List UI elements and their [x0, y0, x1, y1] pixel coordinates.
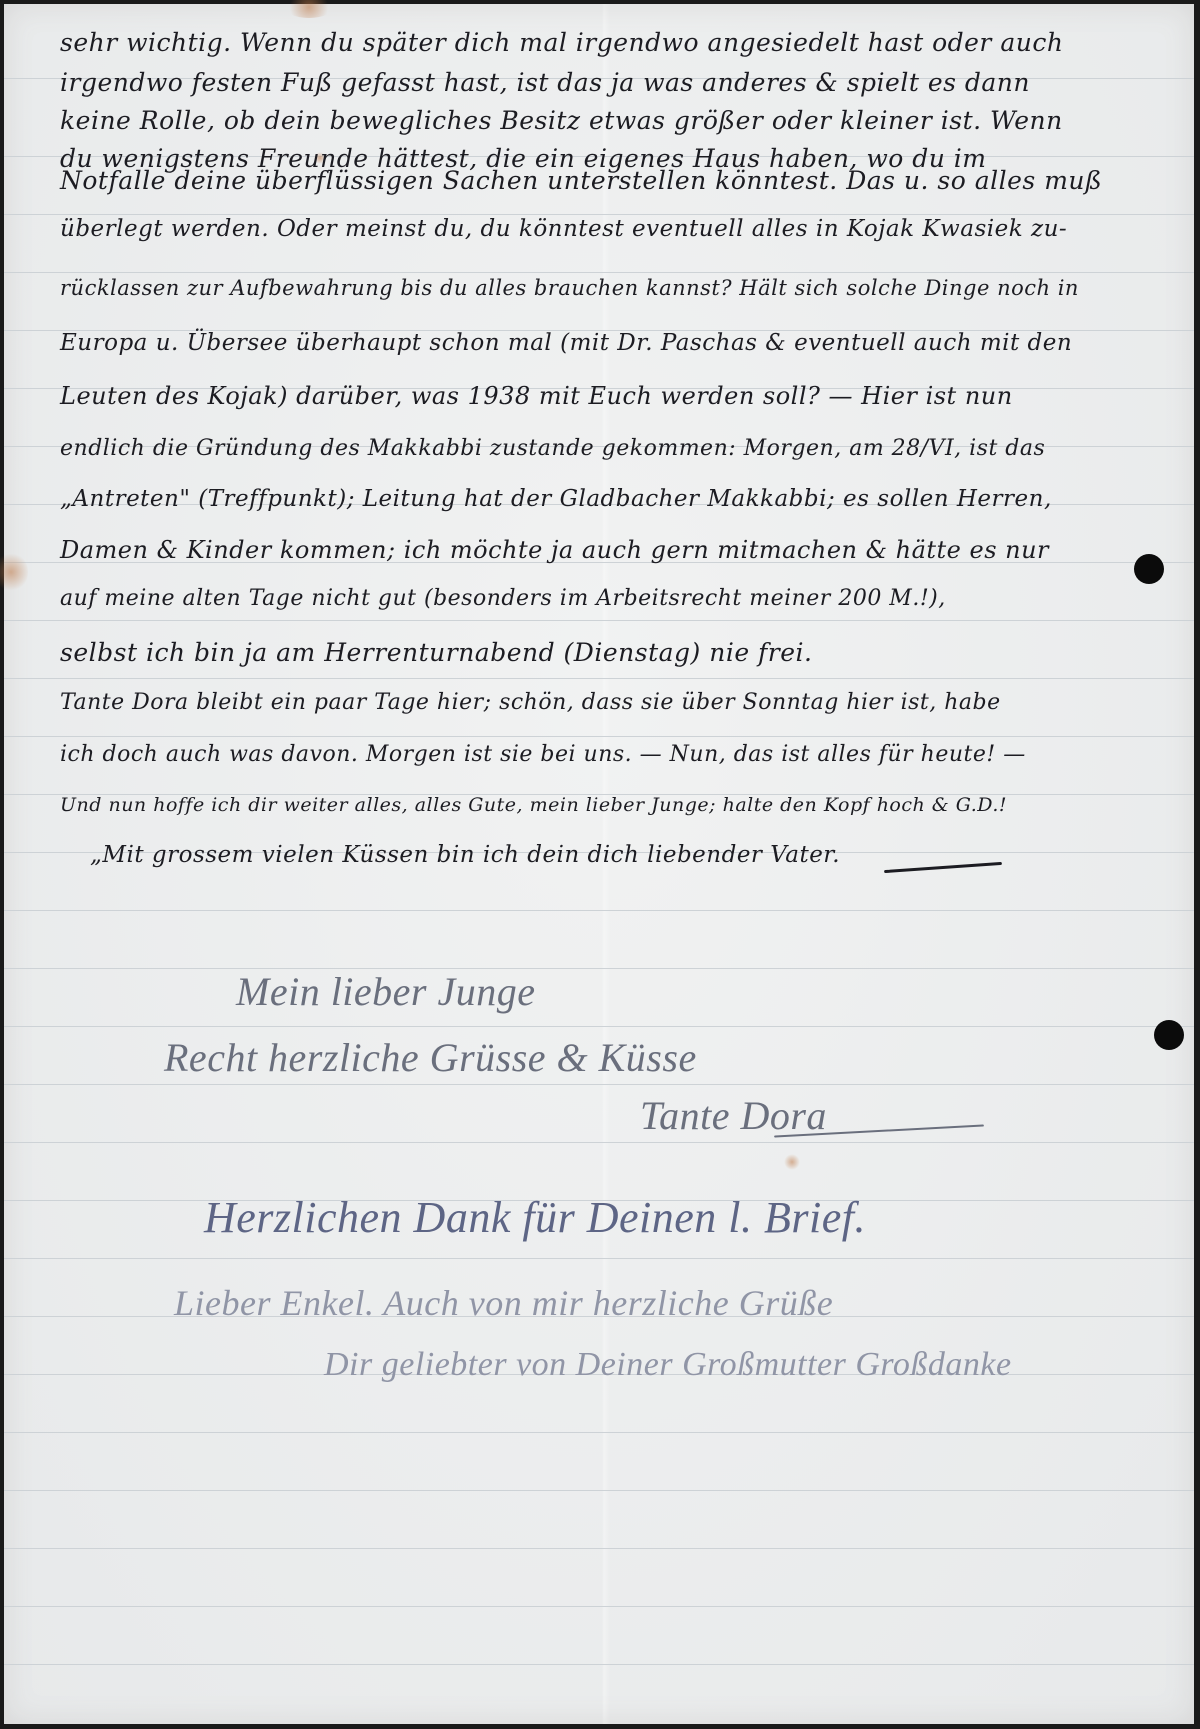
- letter-line: Notfalle deine überflüssigen Sachen unte…: [60, 166, 1102, 195]
- ruled-line: [4, 1142, 1194, 1143]
- letter-line: selbst ich bin ja am Herrenturnabend (Di…: [60, 638, 813, 667]
- ruled-line: [4, 736, 1194, 737]
- signature-flourish: [884, 862, 1002, 873]
- letter-line: Und nun hoffe ich dir weiter alles, alle…: [60, 794, 1007, 816]
- ruled-line: [4, 1606, 1194, 1607]
- ruled-line: [4, 910, 1194, 911]
- letter-line-closing: „Mit grossem vielen Küssen bin ich dein …: [90, 842, 840, 868]
- letter-line: auf meine alten Tage nicht gut (besonder…: [60, 586, 946, 611]
- letter-line: überlegt werden. Oder meinst du, du könn…: [60, 216, 1067, 242]
- ruled-line: [4, 272, 1194, 273]
- letter-line: Tante Dora bleibt ein paar Tage hier; sc…: [60, 690, 1001, 715]
- punch-hole: [1154, 1020, 1184, 1050]
- punch-hole: [1134, 554, 1164, 584]
- ruled-line: [4, 620, 1194, 621]
- ruled-line: [4, 968, 1194, 969]
- letter-line: irgendwo festen Fuß gefasst hast, ist da…: [60, 68, 1030, 97]
- letter-line: „Antreten" (Treffpunkt); Leitung hat der…: [60, 486, 1052, 512]
- letter-line: rücklassen zur Aufbewahrung bis du alles…: [60, 276, 1079, 300]
- letter-line: Europa u. Übersee überhaupt schon mal (m…: [60, 330, 1072, 356]
- ruled-line: [4, 678, 1194, 679]
- ruled-line: [4, 1490, 1194, 1491]
- ps-thanks: Herzlichen Dank für Deinen l. Brief.: [204, 1192, 866, 1243]
- ps-grandmother-line: Lieber Enkel. Auch von mir herzliche Grü…: [174, 1282, 833, 1324]
- letter-line: keine Rolle, ob dein bewegliches Besitz …: [60, 106, 1063, 135]
- ruled-line: [4, 1084, 1194, 1085]
- letter-line: ich doch auch was davon. Morgen ist sie …: [60, 742, 1026, 767]
- letter-line: Damen & Kinder kommen; ich möchte ja auc…: [60, 536, 1049, 564]
- ps-aunt-greeting: Mein lieber Junge: [236, 968, 536, 1015]
- ps-aunt-body: Recht herzliche Grüsse & Küsse: [164, 1034, 697, 1081]
- ps-aunt-signature: Tante Dora: [640, 1092, 827, 1139]
- ruled-line: [4, 1664, 1194, 1665]
- ruled-line: [4, 1432, 1194, 1433]
- stain-mark: [784, 1154, 800, 1170]
- ruled-line: [4, 1258, 1194, 1259]
- letter-line: sehr wichtig. Wenn du später dich mal ir…: [60, 28, 1063, 57]
- ruled-line: [4, 1026, 1194, 1027]
- letter-page: sehr wichtig. Wenn du später dich mal ir…: [4, 4, 1194, 1724]
- letter-line: endlich die Gründung des Makkabbi zustan…: [60, 436, 1045, 461]
- ruled-line: [4, 1548, 1194, 1549]
- stain-mark: [284, 0, 334, 18]
- letter-line: Leuten des Kojak) darüber, was 1938 mit …: [60, 382, 1013, 410]
- ruled-line: [4, 214, 1194, 215]
- stain-mark: [0, 552, 28, 592]
- ps-grandmother-line: Dir geliebter von Deiner Großmutter Groß…: [324, 1346, 1012, 1384]
